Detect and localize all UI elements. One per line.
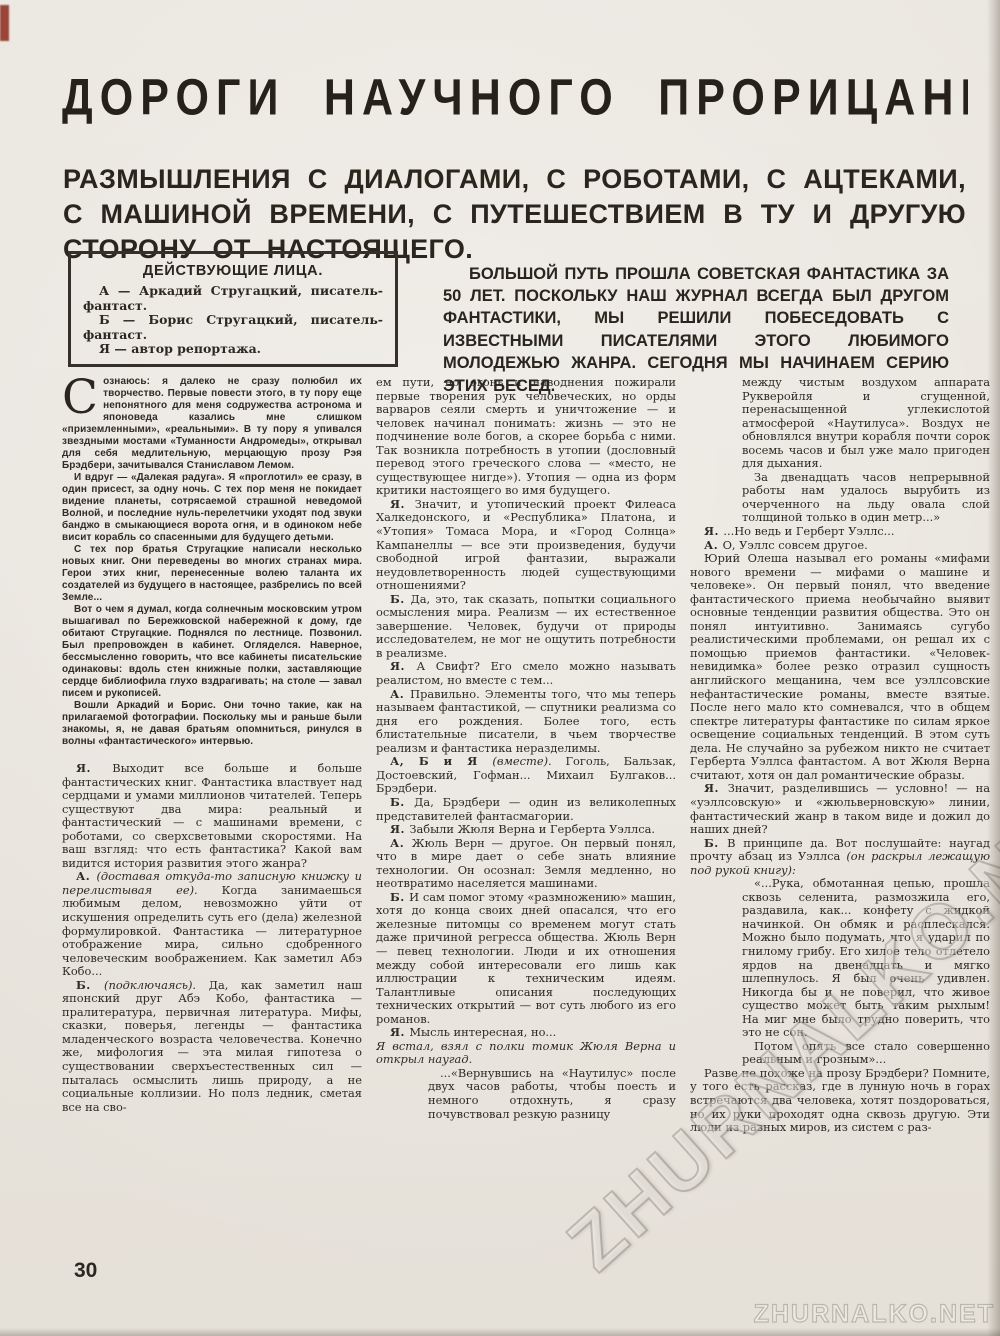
article-title: ДОРОГИ НАУЧНОГО ПРОРИЦАНИЯ	[62, 73, 968, 124]
paragraph: А. О, Уэллс совсем другое.	[690, 539, 990, 553]
paragraph: Б. Да, это, так сказать, попытки социаль…	[376, 593, 676, 661]
paragraph: между чистым воздухом аппарата Рукверойл…	[742, 376, 990, 471]
stage-direction: (доставая откуда-то записную книжку и пе…	[62, 869, 362, 897]
paragraph: А. Жюль Верн — другое. Он первый понял, …	[376, 837, 676, 891]
text-column-2: ем пути, но огонь и наводнения пожирали …	[376, 376, 676, 1284]
speaker-label: Я.	[704, 781, 728, 795]
paragraph: Я. Забыли Жюля Верна и Герберта Уэллса.	[376, 823, 676, 837]
paragraph: Я. ...Но ведь и Герберт Уэллс...	[690, 525, 990, 539]
paragraph: Б. Да, Брэдбери — один из великолепных п…	[376, 796, 676, 823]
magazine-page: ДОРОГИ НАУЧНОГО ПРОРИЦАНИЯ РАЗМЫШЛЕНИЯ С…	[0, 0, 1000, 1336]
page-edge-shadow-bottom	[0, 1328, 1000, 1336]
paragraph: Разве не похоже на прозу Брэдбери? Помни…	[690, 1067, 990, 1135]
cast-item: А — Аркадий Стругацкий, писатель-фантаст…	[83, 284, 383, 313]
paragraph: Я. Значит, разделившись — условно! — на …	[690, 782, 990, 836]
speaker-label: Б.	[390, 795, 414, 809]
speaker-label: Я.	[390, 822, 409, 836]
paragraph: Я. Мысль интересная, но...	[376, 1026, 676, 1040]
speaker-label: А.	[390, 687, 410, 701]
paragraph: Вошли Аркадий и Борис. Они точно такие, …	[62, 700, 362, 748]
text-column-1: Сознаюсь: я далеко не сразу полюбил их т…	[62, 376, 362, 1284]
speaker-label: А.	[704, 538, 723, 552]
page-edge-shadow-right	[987, 0, 1000, 1336]
speaker-label: Я.	[390, 497, 415, 511]
paragraph: ...«Вернувшись на «Наутилус» после двух …	[428, 1067, 676, 1121]
speaker-label: А.	[76, 869, 96, 883]
page-number: 30	[74, 1260, 97, 1281]
paragraph: «...Рука, обмотанная цепью, прошла сквоз…	[742, 877, 990, 1040]
cast-item: Я — автор репортажа.	[83, 342, 383, 357]
cast-box: ДЕЙСТВУЮЩИЕ ЛИЦА. А — Аркадий Стругацкий…	[68, 251, 398, 367]
paragraph: Вот о чем я думал, когда солнечным моско…	[62, 604, 362, 700]
paragraph: Б. И сам помог этому «размножению» машин…	[376, 891, 676, 1026]
paragraph: Б. В принципе да. Вот послушайте: наугад…	[690, 837, 990, 878]
speaker-label: А, Б и Я	[390, 754, 492, 768]
speaker-label: Б.	[704, 836, 727, 850]
speaker-label: Б.	[76, 978, 104, 992]
stage-direction: (подключаясь).	[104, 978, 209, 992]
speaker-label: А.	[390, 836, 412, 850]
corner-watermark: ZHURNALKO.NET	[754, 1302, 995, 1327]
paragraph: ем пути, но огонь и наводнения пожирали …	[376, 376, 676, 498]
paragraph: Юрий Олеша называл его романы «мифами но…	[690, 552, 990, 782]
paragraph: С тех пор братья Стругацкие написали нес…	[62, 544, 362, 604]
paragraph: И вдруг — «Далекая радуга». Я «проглотил…	[62, 472, 362, 544]
paragraph: Я. Выходит все больше и больше фантастич…	[62, 762, 362, 870]
paragraph: Потом опять все стало совершенно реальны…	[742, 1040, 990, 1067]
paragraph: А. Правильно. Элементы того, что мы тепе…	[376, 688, 676, 756]
cast-box-title: ДЕЙСТВУЮЩИЕ ЛИЦА.	[83, 262, 383, 280]
cast-item: Б — Борис Стругацкий, писатель-фантаст.	[83, 313, 383, 342]
paragraph: А, Б и Я (вместе). Гоголь, Бальзак, Дост…	[376, 755, 676, 796]
stage-direction: (он раскрыл лежащую под рукой книгу):	[690, 849, 990, 877]
paragraph: Я. А Свифт? Его смело можно называть реа…	[376, 660, 676, 687]
text-column-3: между чистым воздухом аппарата Рукверойл…	[690, 376, 990, 1284]
paragraph: Я встал, взял с полки томик Жюля Верна и…	[376, 1040, 676, 1067]
speaker-label: Я.	[76, 761, 112, 775]
paragraph: Б. (подключаясь). Да, как заметил наш яп…	[62, 979, 362, 1114]
speaker-label: Я.	[390, 1025, 409, 1039]
paragraph: За двенадцать часов непрерывной работы н…	[742, 471, 990, 525]
red-edge-mark	[0, 5, 9, 41]
speaker-label: Б.	[390, 592, 410, 606]
speaker-label: Я.	[704, 524, 723, 538]
paragraph: Я. Значит, и утопический проект Филеаса …	[376, 498, 676, 593]
paragraph: А. (доставая откуда-то записную книжку и…	[62, 870, 362, 978]
speaker-label: Я.	[390, 659, 416, 673]
speaker-label: Б.	[390, 890, 409, 904]
stage-direction: (вместе).	[492, 754, 565, 768]
drop-cap: С	[62, 378, 98, 418]
paragraph: Сознаюсь: я далеко не сразу полюбил их т…	[62, 376, 362, 472]
